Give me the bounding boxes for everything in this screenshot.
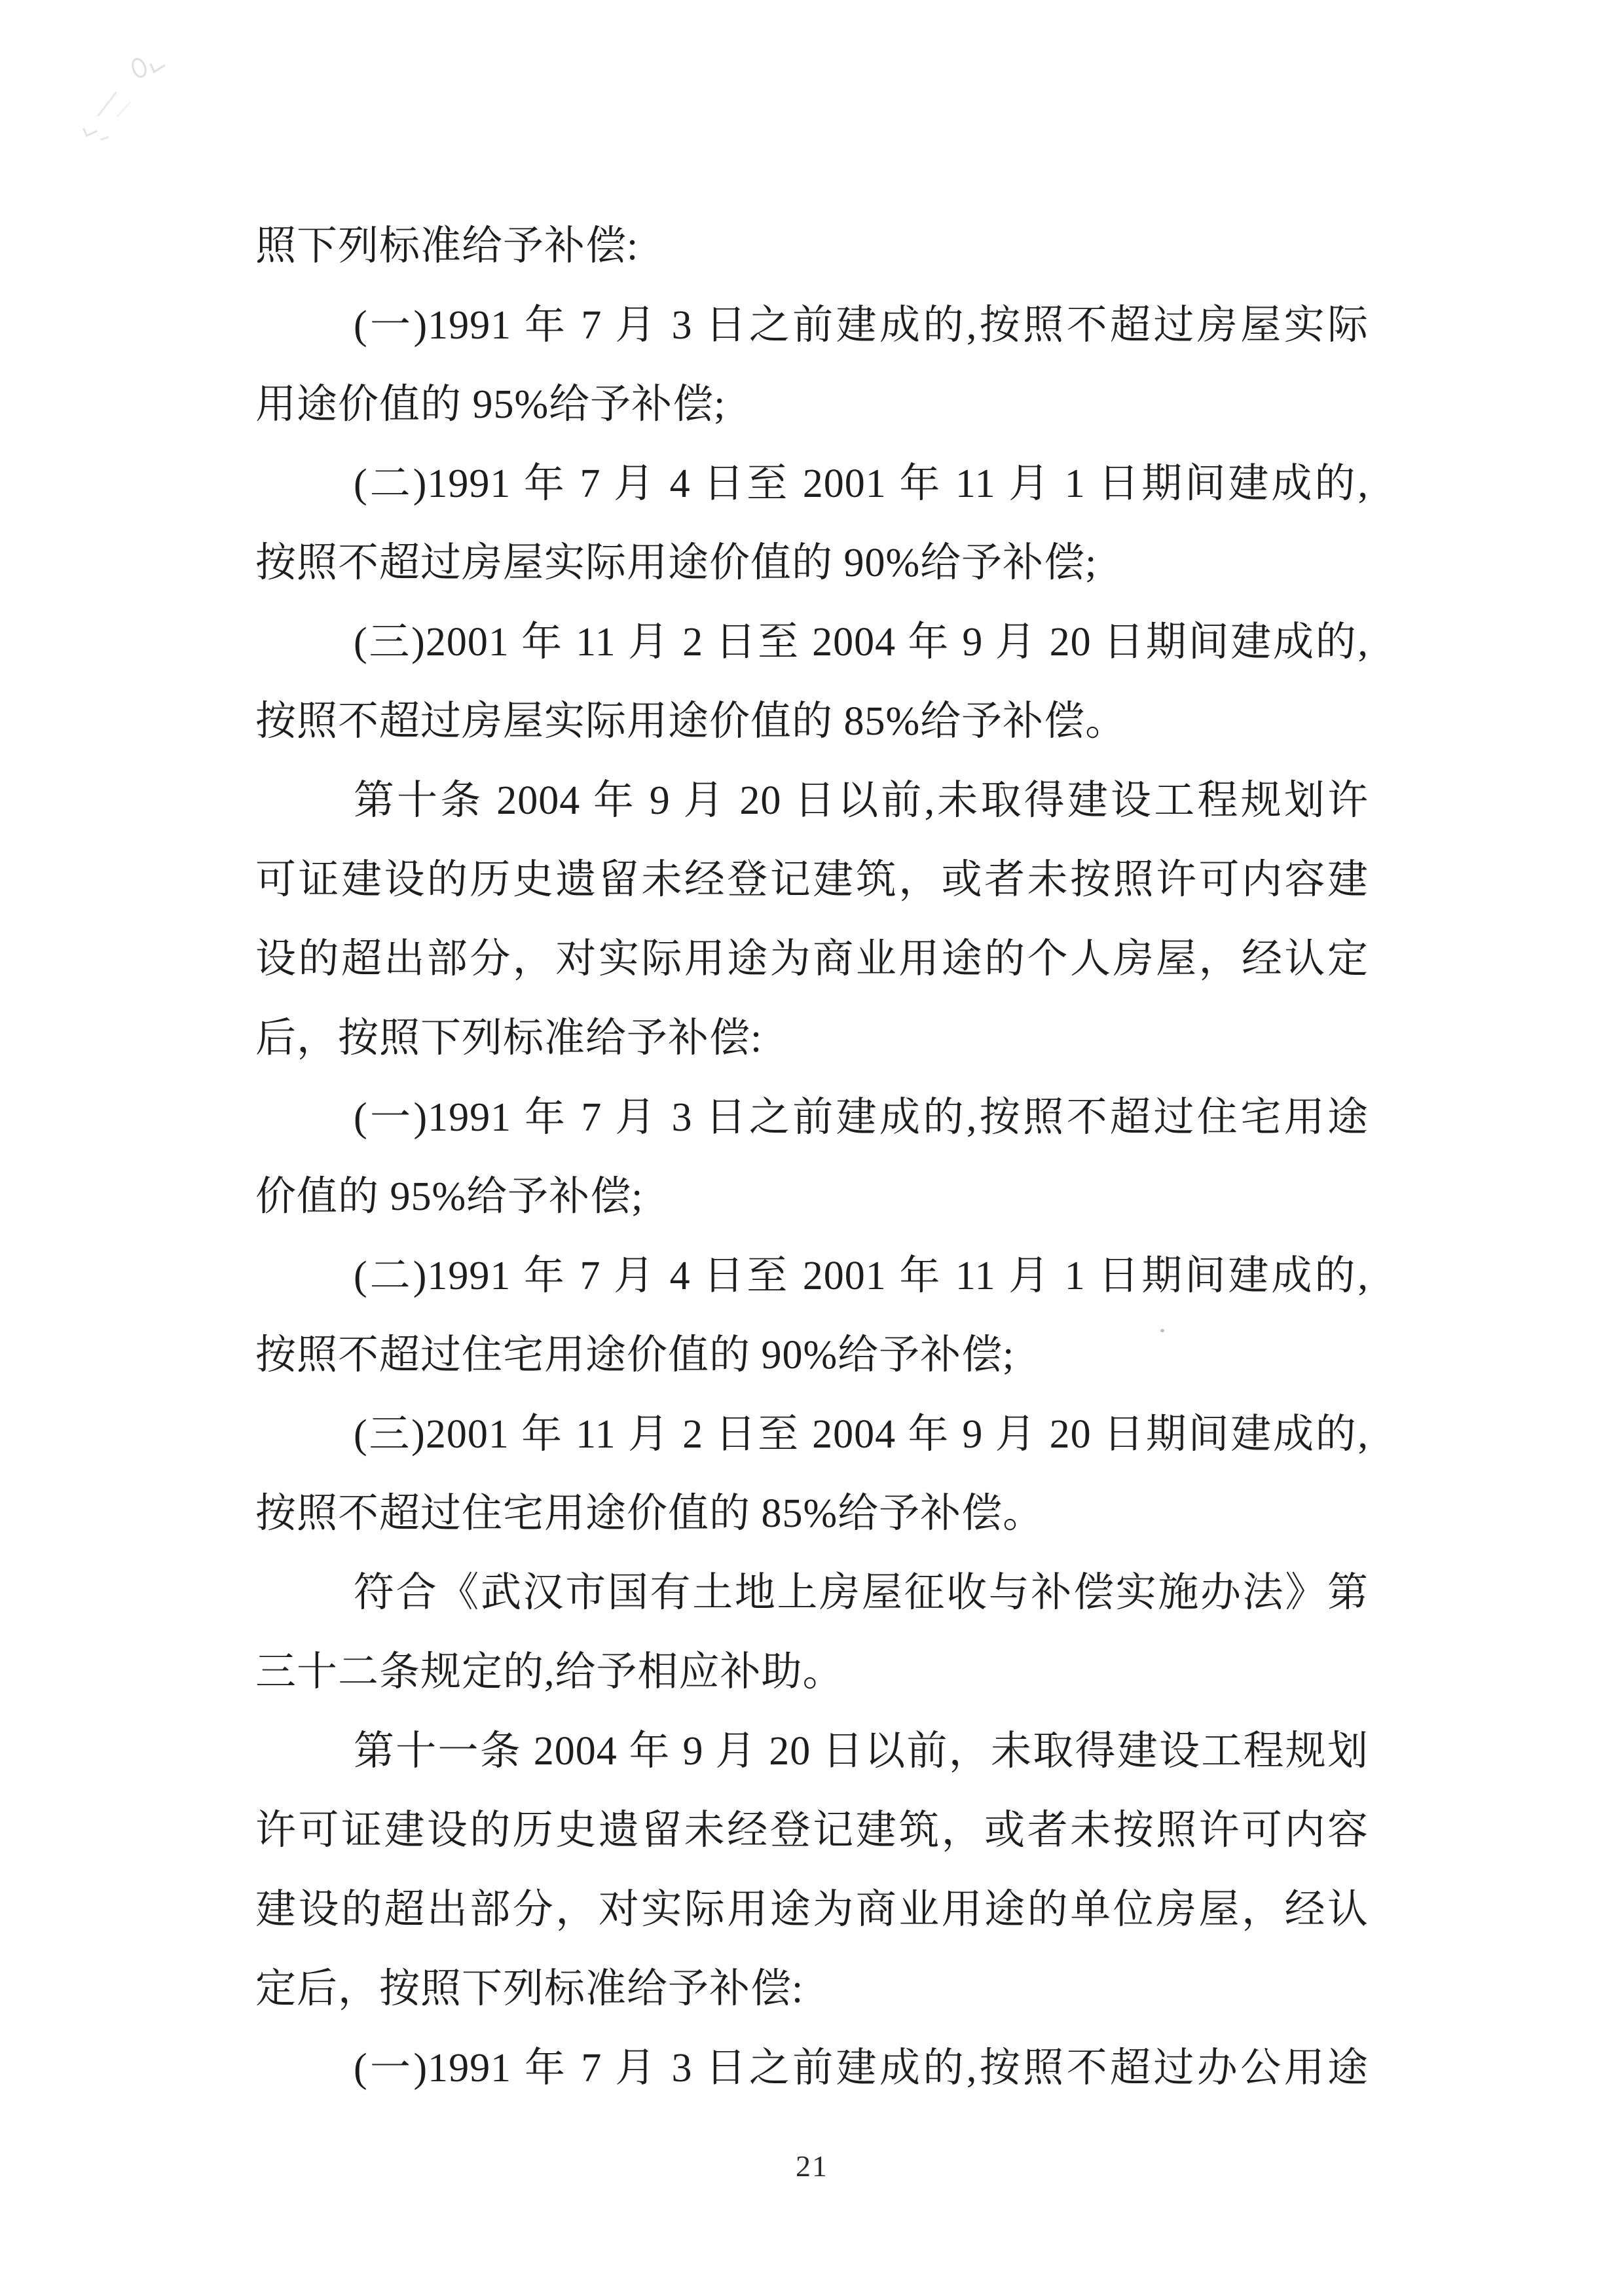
text-line: 按照不超过住宅用途价值的 90%给予补偿;	[255, 1316, 1369, 1395]
scan-smudge-loop	[130, 56, 149, 80]
page-number: 21	[0, 2149, 1624, 2183]
text-line: 价值的 95%给予补偿;	[255, 1157, 1369, 1237]
document-page: 照下列标准给予补偿: (一)1991 年 7 月 3 日之前建成的,按照不超过房…	[0, 0, 1624, 2296]
scan-smudge-tick	[83, 124, 98, 137]
scan-smudge-tick	[99, 131, 109, 140]
scan-smudge-tick	[150, 57, 166, 73]
document-text-block: 照下列标准给予补偿: (一)1991 年 7 月 3 日之前建成的,按照不超过房…	[255, 207, 1369, 2108]
text-line: (二)1991 年 7 月 4 日至 2001 年 11 月 1 日期间建成的,	[255, 445, 1369, 524]
text-line: 照下列标准给予补偿:	[255, 207, 1369, 286]
text-line: 用途价值的 95%给予补偿;	[255, 365, 1369, 445]
text-line: 第十条 2004 年 9 月 20 日以前,未取得建设工程规划许	[255, 761, 1369, 841]
text-line: 第十一条 2004 年 9 月 20 日以前，未取得建设工程规划	[255, 1712, 1369, 1791]
text-line: 建设的超出部分，对实际用途为商业用途的单位房屋，经认	[255, 1870, 1369, 1950]
text-line: 按照不超过房屋实际用途价值的 85%给予补偿。	[255, 682, 1369, 761]
text-line: (二)1991 年 7 月 4 日至 2001 年 11 月 1 日期间建成的,	[255, 1237, 1369, 1316]
text-line: (三)2001 年 11 月 2 日至 2004 年 9 月 20 日期间建成的…	[255, 603, 1369, 682]
scan-smudge-stroke	[117, 101, 131, 117]
text-line: 符合《武汉市国有土地上房屋征收与补偿实施办法》第	[255, 1554, 1369, 1633]
text-line: 三十二条规定的,给予相应补助。	[255, 1633, 1369, 1712]
scan-smudge-stroke	[97, 92, 117, 117]
text-line: 设的超出部分，对实际用途为商业用途的个人房屋，经认定	[255, 920, 1369, 999]
text-line: 按照不超过房屋实际用途价值的 90%给予补偿;	[255, 524, 1369, 603]
text-line: (一)1991 年 7 月 3 日之前建成的,按照不超过办公用途	[255, 2029, 1369, 2108]
text-line: (一)1991 年 7 月 3 日之前建成的,按照不超过住宅用途	[255, 1078, 1369, 1157]
text-line: 定后，按照下列标准给予补偿:	[255, 1950, 1369, 2029]
text-line: 许可证建设的历史遗留未经登记建筑，或者未按照许可内容	[255, 1791, 1369, 1870]
text-line: 可证建设的历史遗留未经登记建筑，或者未按照许可内容建	[255, 841, 1369, 920]
text-line: (一)1991 年 7 月 3 日之前建成的,按照不超过房屋实际	[255, 286, 1369, 365]
text-line: 后，按照下列标准给予补偿:	[255, 999, 1369, 1078]
text-line: 按照不超过住宅用途价值的 85%给予补偿。	[255, 1474, 1369, 1554]
text-line: (三)2001 年 11 月 2 日至 2004 年 9 月 20 日期间建成的…	[255, 1395, 1369, 1474]
